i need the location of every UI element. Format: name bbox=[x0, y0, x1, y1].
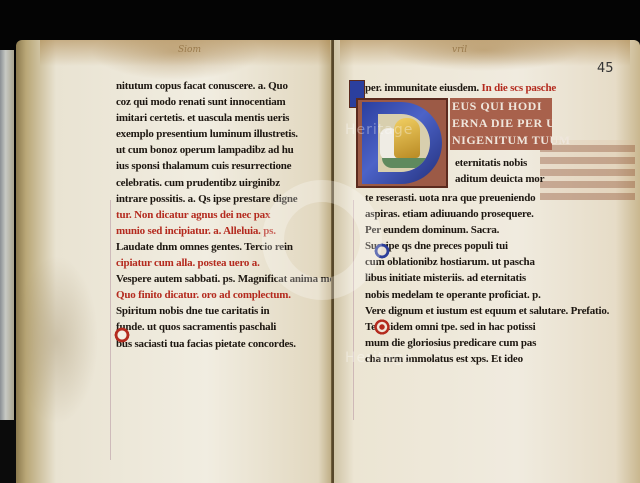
manuscript-photo: Siom nitutum copus facat conuscere. a. Q… bbox=[0, 0, 640, 483]
text-line: nobis medelam te operante proficiat. p. bbox=[365, 287, 609, 303]
right-text-column: te reserasti. uota nra que preueniendo a… bbox=[365, 190, 609, 367]
watermark-text: Heritage bbox=[345, 122, 413, 138]
copyright-watermark-icon bbox=[262, 180, 382, 300]
heading-line: per. immunitate eiusdem. In die scs pasc… bbox=[365, 80, 556, 96]
water-stain bbox=[340, 40, 630, 66]
right-text-short: eternitatis nobis aditum deuicta mor bbox=[455, 155, 544, 187]
tomb bbox=[382, 158, 426, 168]
text-line: Per eundem dominum. Sacra. bbox=[365, 222, 609, 238]
folio-number: 45 bbox=[597, 61, 614, 76]
display-capitals: EUS QUI HODI ERNA DIE PER U NIGENITUM TU… bbox=[452, 98, 570, 149]
text-line: te reserasti. uota nra que preueniendo bbox=[365, 190, 609, 206]
text-line: eternitatis nobis bbox=[455, 155, 544, 171]
heading-rubric: In die scs pasche bbox=[482, 82, 557, 94]
text-line: aspiras. etiam adiuuando prosequere. bbox=[365, 206, 609, 222]
text-line: ut cum bonoz operum lampadibz ad hu bbox=[116, 142, 342, 158]
text-line: coz qui modo renati sunt innocentiam bbox=[116, 94, 342, 110]
running-head-left: Siom bbox=[178, 45, 201, 55]
decorated-initial-v bbox=[374, 318, 390, 336]
capitals-line: ERNA DIE PER U bbox=[452, 115, 570, 132]
running-head-right: vril bbox=[452, 45, 467, 55]
text-line: bus saciasti tua facias pietate concorde… bbox=[116, 336, 342, 352]
heading-black: per. immunitate eiusdem. bbox=[365, 82, 479, 94]
decorated-initial-s bbox=[114, 326, 130, 344]
text-line: Te quidem omni tpe. sed in hac potissi bbox=[365, 319, 609, 335]
text-line: aditum deuicta mor bbox=[455, 171, 544, 187]
text-line: cum oblationibz hostiarum. ut pascha bbox=[365, 254, 609, 270]
ruling-line bbox=[110, 200, 111, 460]
book-edge bbox=[0, 50, 14, 420]
text-line: exemplo presentium luminum illustretis. bbox=[116, 126, 342, 142]
text-line: nitutum copus facat conuscere. a. Quo bbox=[116, 78, 342, 94]
text-line: ius sponsi thalamum cuis resurrectione bbox=[116, 158, 342, 174]
historiated-initial-d bbox=[356, 98, 448, 188]
text-line: libus initiate misteriis. ad eternitatis bbox=[365, 270, 609, 286]
text-line: funde. ut quos sacramentis paschali bbox=[116, 319, 342, 335]
text-line: Vere dignum et iustum est equum et salut… bbox=[365, 303, 609, 319]
text-line: Suscipe qs dne preces populi tui bbox=[365, 238, 609, 254]
capitals-line: EUS QUI HODI bbox=[452, 98, 570, 115]
text-line: imitari certetis. et uascula mentis ueri… bbox=[116, 110, 342, 126]
watermark-text: Heritage bbox=[345, 350, 413, 366]
capitals-line: NIGENITUM TUUM bbox=[452, 132, 570, 149]
text-line: Spiritum nobis dne tue caritatis in bbox=[116, 303, 342, 319]
text-line: mum die gloriosius predicare cum pas bbox=[365, 335, 609, 351]
initial-letter-d bbox=[362, 102, 442, 184]
